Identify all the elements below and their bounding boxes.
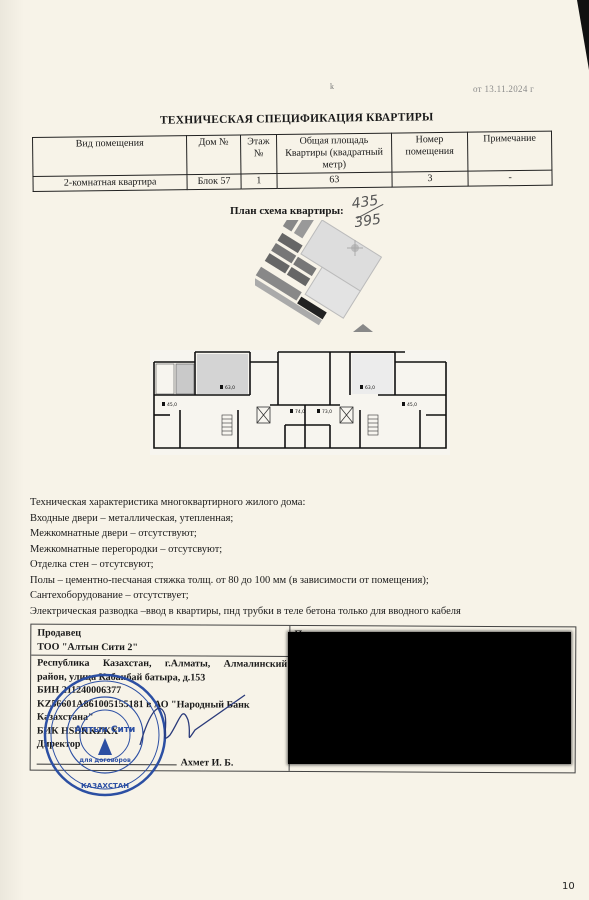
characteristic-item: Входные двери – металлическая, утепленна…: [30, 511, 461, 527]
seller-company: ТОО "Алтын Сити 2": [37, 640, 287, 655]
col-header-house-no: Дом №: [187, 135, 241, 175]
page-number: 10: [562, 881, 575, 892]
seller-label: Продавец: [37, 627, 287, 642]
characteristics-heading: Техническая характеристика многоквартирн…: [30, 495, 461, 511]
cell-room-type: 2-комнатная квартира: [33, 175, 187, 192]
buyer-redaction-block: [288, 632, 571, 764]
col-header-room-number: Номер помещения: [391, 132, 468, 172]
svg-text:74,0: 74,0: [295, 409, 305, 415]
site-plan-diagram: [255, 220, 385, 340]
svg-text:63,0: 63,0: [365, 385, 375, 391]
paper-corner-shadow: [577, 0, 589, 70]
corner-mark: k: [330, 82, 334, 91]
floor-plan-diagram: 45,0 63,0 74,0 73,0 63,0 45,0: [150, 350, 450, 455]
cell-note: -: [468, 170, 552, 186]
col-header-note: Примечание: [468, 131, 552, 171]
plan-title: План схема квартиры:: [230, 205, 344, 217]
cell-house-no: Блок 57: [187, 174, 241, 190]
mountain-icon: [353, 324, 373, 332]
col-header-floor: Этаж №: [240, 135, 277, 174]
col-header-area: Общая площадь Квартиры (квадратный метр): [276, 133, 391, 173]
characteristic-item: Отделка стен – отсутсвуют;: [30, 557, 461, 573]
paper-edge-shadow: [0, 0, 24, 900]
characteristics-section: Техническая характеристика многоквартирн…: [30, 495, 461, 619]
cell-floor: 1: [241, 174, 277, 189]
signature-icon: [110, 690, 250, 760]
col-header-room-type: Вид помещения: [33, 136, 188, 177]
cell-room-number: 3: [392, 171, 468, 187]
characteristic-item: Сантехоборудование – отсутствует;: [30, 588, 461, 604]
svg-text:45,0: 45,0: [407, 402, 417, 408]
characteristic-item: Межкомнатные двери – отсутствуют;: [30, 526, 461, 542]
characteristic-item: Межкомнатные перегородки – отсутсвуют;: [30, 542, 461, 558]
characteristic-item: Электрическая разводка –ввод в квартиры,…: [30, 604, 461, 620]
svg-text:45,0: 45,0: [167, 402, 177, 408]
handwritten-numerator: 435: [351, 193, 380, 213]
characteristic-item: Полы – цементно-песчаная стяжка толщ. от…: [30, 573, 461, 589]
cell-area: 63: [277, 172, 392, 188]
specification-table: Вид помещения Дом № Этаж № Общая площадь…: [32, 131, 553, 192]
svg-text:63,0: 63,0: [225, 385, 235, 391]
document-date: от 13.11.2024 г: [473, 84, 534, 94]
svg-text:КАЗАХСТАН: КАЗАХСТАН: [81, 782, 129, 790]
document-title: ТЕХНИЧЕСКАЯ СПЕЦИФИКАЦИЯ КВАРТИРЫ: [160, 111, 434, 126]
table-header-row: Вид помещения Дом № Этаж № Общая площадь…: [33, 131, 552, 176]
svg-text:73,0: 73,0: [322, 409, 332, 415]
